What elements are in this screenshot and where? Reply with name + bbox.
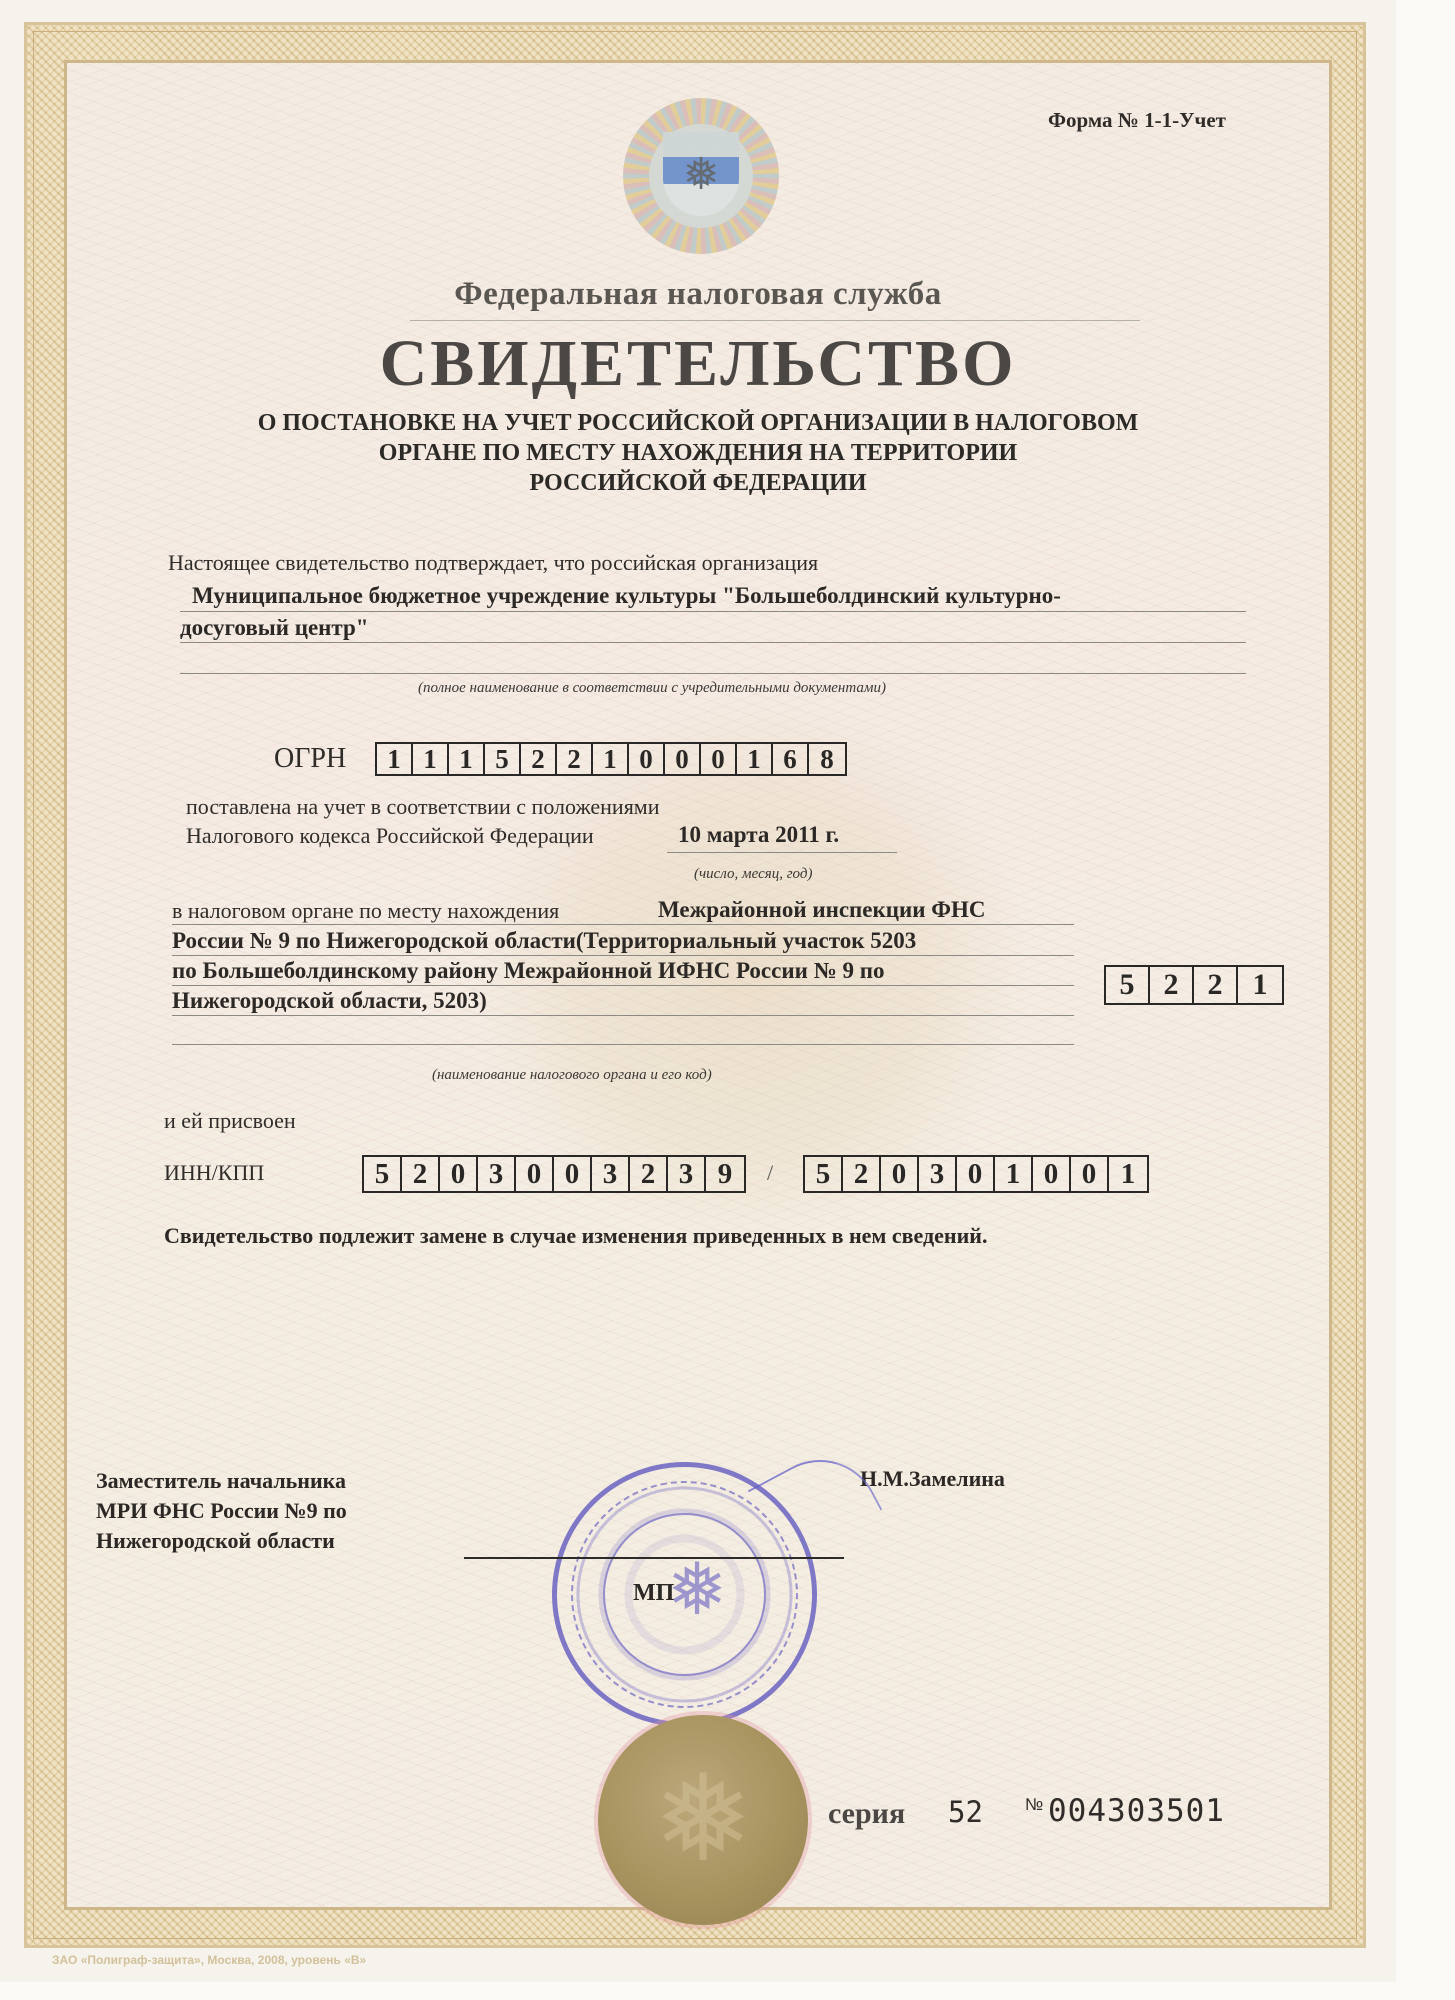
kpp-digits: 520301001 [803, 1155, 1149, 1193]
printer-note: ЗАО «Полиграф-защита», Москва, 2008, уро… [52, 1953, 366, 1967]
ogrn-digit-cell: 1 [377, 744, 413, 774]
inn-digit-cell: 2 [402, 1157, 440, 1191]
ogrn-digit-cell: 8 [809, 744, 845, 774]
replacement-notice: Свидетельство подлежит замене в случае и… [164, 1223, 987, 1249]
signature-line [464, 1557, 844, 1559]
subtitle-line: ОРГАНЕ ПО МЕСТУ НАХОЖДЕНИЯ НА ТЕРРИТОРИИ [0, 438, 1396, 468]
inn-digit-cell: 0 [554, 1157, 592, 1191]
organization-intro: Настоящее свидетельство подтверждает, чт… [168, 550, 818, 576]
form-number: Форма № 1-1-Учет [1048, 108, 1226, 133]
underline [172, 985, 1074, 986]
registration-line-1: поставлена на учет в соответствии с поло… [186, 794, 660, 820]
inn-digit-cell: 9 [706, 1157, 744, 1191]
tax-authority-line-1: Межрайонной инспекции ФНС [658, 897, 986, 923]
signatory-name: Н.М.Замелина [860, 1466, 1005, 1492]
code-digit-cell: 5 [1106, 967, 1150, 1003]
date-caption: (число, месяц, год) [694, 866, 812, 883]
hologram-icon: ❅ [623, 98, 779, 254]
inn-digits: 5203003239 [362, 1155, 746, 1193]
ogrn-digit-cell: 6 [773, 744, 809, 774]
underline [172, 1015, 1074, 1016]
kpp-digit-cell: 3 [919, 1157, 957, 1191]
ogrn-digit-cell: 0 [665, 744, 701, 774]
assignment-intro: и ей присвоен [164, 1108, 296, 1134]
ogrn-digit-cell: 5 [485, 744, 521, 774]
ogrn-digit-cell: 1 [449, 744, 485, 774]
series-number: 004303501 [1048, 1793, 1225, 1829]
document-title: СВИДЕТЕЛЬСТВО [0, 326, 1396, 402]
code-digit-cell: 1 [1238, 967, 1282, 1003]
inn-kpp-separator: / [767, 1160, 773, 1186]
gold-seal-icon: ❅ [598, 1715, 808, 1925]
underline [172, 924, 1074, 925]
underline [667, 852, 897, 853]
certificate-paper: Форма № 1-1-Учет ❅ Федеральная налоговая… [0, 0, 1396, 1982]
tax-authority-line-4: Нижегородской области, 5203) [172, 988, 487, 1014]
series-value: 52 [948, 1795, 983, 1829]
tax-authority-line-3: по Большеболдинскому району Межрайонной … [172, 958, 884, 984]
ogrn-digit-cell: 0 [701, 744, 737, 774]
inn-digit-cell: 0 [440, 1157, 478, 1191]
position-line: Нижегородской области [96, 1526, 347, 1556]
underline [180, 642, 1246, 643]
ogrn-label: ОГРН [274, 743, 346, 775]
underline [180, 673, 1246, 674]
position-line: Заместитель начальника [96, 1466, 347, 1496]
ogrn-digit-cell: 0 [629, 744, 665, 774]
kpp-digit-cell: 0 [1033, 1157, 1071, 1191]
kpp-digit-cell: 1 [1109, 1157, 1147, 1191]
registration-line-2: Налогового кодекса Российской Федерации [186, 823, 594, 849]
kpp-digit-cell: 2 [843, 1157, 881, 1191]
organization-caption: (полное наименование в соответствии с уч… [418, 680, 886, 697]
series-label: серия [828, 1797, 905, 1831]
registration-date: 10 марта 2011 г. [678, 822, 839, 848]
inn-digit-cell: 2 [630, 1157, 668, 1191]
ogrn-digit-cell: 2 [557, 744, 593, 774]
series-number-label: № [1025, 1795, 1043, 1815]
position-line: МРИ ФНС России №9 по [96, 1496, 347, 1526]
ogrn-digits: 1115221000168 [375, 742, 847, 776]
inn-kpp-label: ИНН/КПП [164, 1160, 264, 1186]
document-subtitle: О ПОСТАНОВКЕ НА УЧЕТ РОССИЙСКОЙ ОРГАНИЗА… [0, 408, 1396, 498]
ogrn-digit-cell: 2 [521, 744, 557, 774]
organization-name-line-1: Муниципальное бюджетное учреждение культ… [192, 583, 1061, 609]
subtitle-line: О ПОСТАНОВКЕ НА УЧЕТ РОССИЙСКОЙ ОРГАНИЗА… [0, 408, 1396, 438]
tax-authority-caption: (наименование налогового органа и его ко… [432, 1067, 712, 1084]
underline [180, 611, 1246, 612]
inn-digit-cell: 0 [516, 1157, 554, 1191]
underline [172, 955, 1074, 956]
tax-authority-code: 5221 [1104, 965, 1284, 1005]
kpp-digit-cell: 0 [1071, 1157, 1109, 1191]
ogrn-digit-cell: 1 [737, 744, 773, 774]
agency-name: Федеральная налоговая служба [0, 276, 1396, 313]
seal-place-label: МП [633, 1580, 674, 1607]
ogrn-digit-cell: 1 [593, 744, 629, 774]
tax-authority-intro: в налоговом органе по месту нахождения [172, 898, 559, 924]
kpp-digit-cell: 1 [995, 1157, 1033, 1191]
tax-authority-line-2: России № 9 по Нижегородской области(Терр… [172, 928, 916, 954]
seal-eagle-icon: ❅ [598, 1715, 808, 1925]
inn-digit-cell: 3 [478, 1157, 516, 1191]
kpp-digit-cell: 5 [805, 1157, 843, 1191]
signatory-position: Заместитель начальника МРИ ФНС России №9… [96, 1466, 347, 1556]
code-digit-cell: 2 [1150, 967, 1194, 1003]
inn-digit-cell: 3 [668, 1157, 706, 1191]
inn-digit-cell: 5 [364, 1157, 402, 1191]
underline [172, 1044, 1074, 1045]
code-digit-cell: 2 [1194, 967, 1238, 1003]
organization-name-line-2: досуговый центр" [180, 615, 369, 641]
inn-digit-cell: 3 [592, 1157, 630, 1191]
coat-of-arms-icon: ❅ [663, 132, 739, 216]
divider [410, 320, 1140, 321]
subtitle-line: РОССИЙСКОЙ ФЕДЕРАЦИИ [0, 468, 1396, 498]
kpp-digit-cell: 0 [881, 1157, 919, 1191]
ogrn-digit-cell: 1 [413, 744, 449, 774]
kpp-digit-cell: 0 [957, 1157, 995, 1191]
